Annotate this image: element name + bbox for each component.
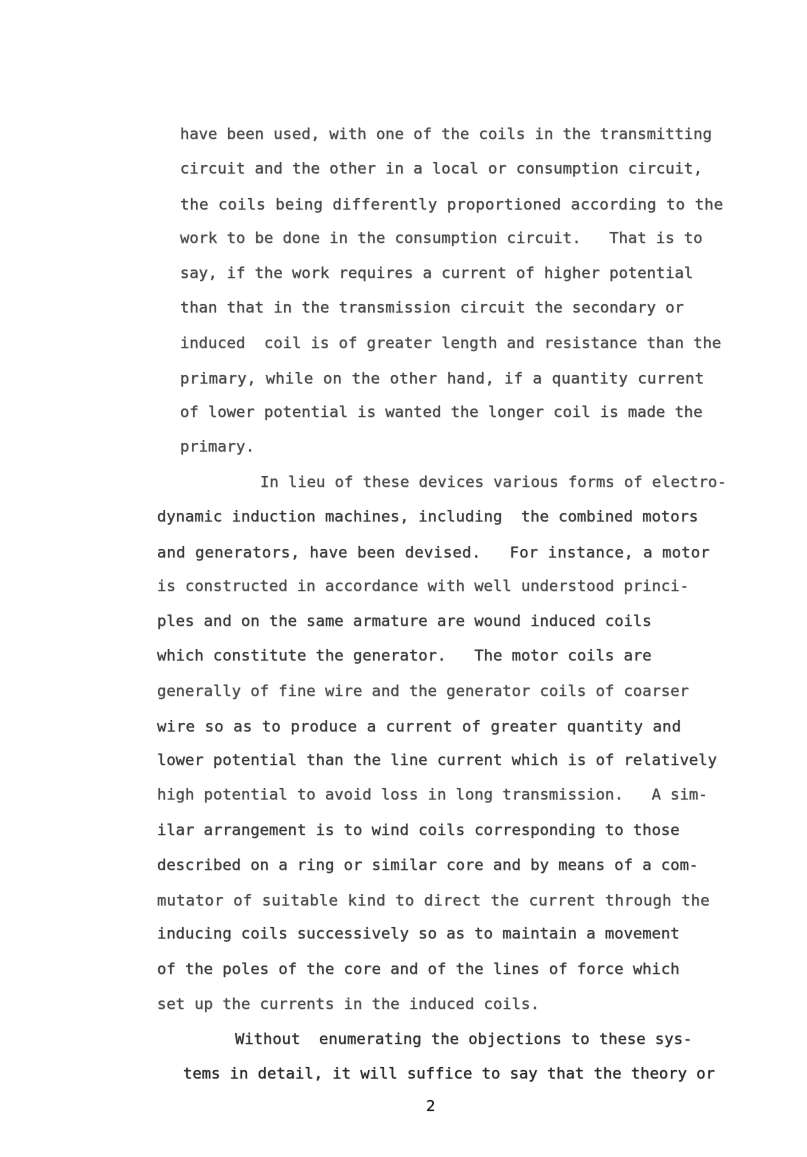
paragraph: Without enumerating the objections to th… xyxy=(183,1022,807,1092)
text-line: than that in the transmission circuit th… xyxy=(180,291,807,326)
text-line: ilar arrangement is to wind coils corres… xyxy=(157,813,807,848)
text-line: primary, while on the other hand, if a q… xyxy=(180,361,807,396)
document-text: have been used, with one of the coils in… xyxy=(0,117,807,1091)
text-line: the coils being differently proportioned… xyxy=(180,187,807,222)
text-line: wire so as to produce a current of great… xyxy=(157,709,807,744)
paragraph: have been used, with one of the coils in… xyxy=(180,117,807,465)
text-line: mutator of suitable kind to direct the c… xyxy=(157,883,807,918)
text-line: say, if the work requires a current of h… xyxy=(180,256,807,291)
text-line: which constitute the generator. The moto… xyxy=(157,639,807,674)
text-line: described on a ring or similar core and … xyxy=(157,848,807,883)
text-line: dynamic induction machines, including th… xyxy=(157,499,807,534)
text-line: lower potential than the line current wh… xyxy=(157,743,807,778)
text-line: generally of fine wire and the generator… xyxy=(157,674,807,709)
text-line: set up the currents in the induced coils… xyxy=(157,987,807,1022)
text-line: of the poles of the core and of the line… xyxy=(157,952,807,987)
text-line: is constructed in accordance with well u… xyxy=(157,569,807,604)
text-line: have been used, with one of the coils in… xyxy=(180,117,807,152)
text-line: and generators, have been devised. For i… xyxy=(157,535,807,570)
text-line: high potential to avoid loss in long tra… xyxy=(157,778,807,813)
text-line: In lieu of these devices various forms o… xyxy=(157,465,807,500)
text-line: tems in detail, it will suffice to say t… xyxy=(183,1056,807,1091)
text-line: ples and on the same armature are wound … xyxy=(157,604,807,639)
paragraph: In lieu of these devices various forms o… xyxy=(157,465,807,1022)
document-page: have been used, with one of the coils in… xyxy=(0,0,807,1157)
text-line: Without enumerating the objections to th… xyxy=(183,1022,807,1057)
text-line: induced coil is of greater length and re… xyxy=(180,326,807,361)
text-line: of lower potential is wanted the longer … xyxy=(180,395,807,430)
text-line: inducing coils successively so as to mai… xyxy=(157,917,807,952)
text-line: circuit and the other in a local or cons… xyxy=(180,151,807,186)
text-line: primary. xyxy=(180,430,807,465)
page-number: 2 xyxy=(426,1089,435,1124)
text-line: work to be done in the consumption circu… xyxy=(180,221,807,256)
